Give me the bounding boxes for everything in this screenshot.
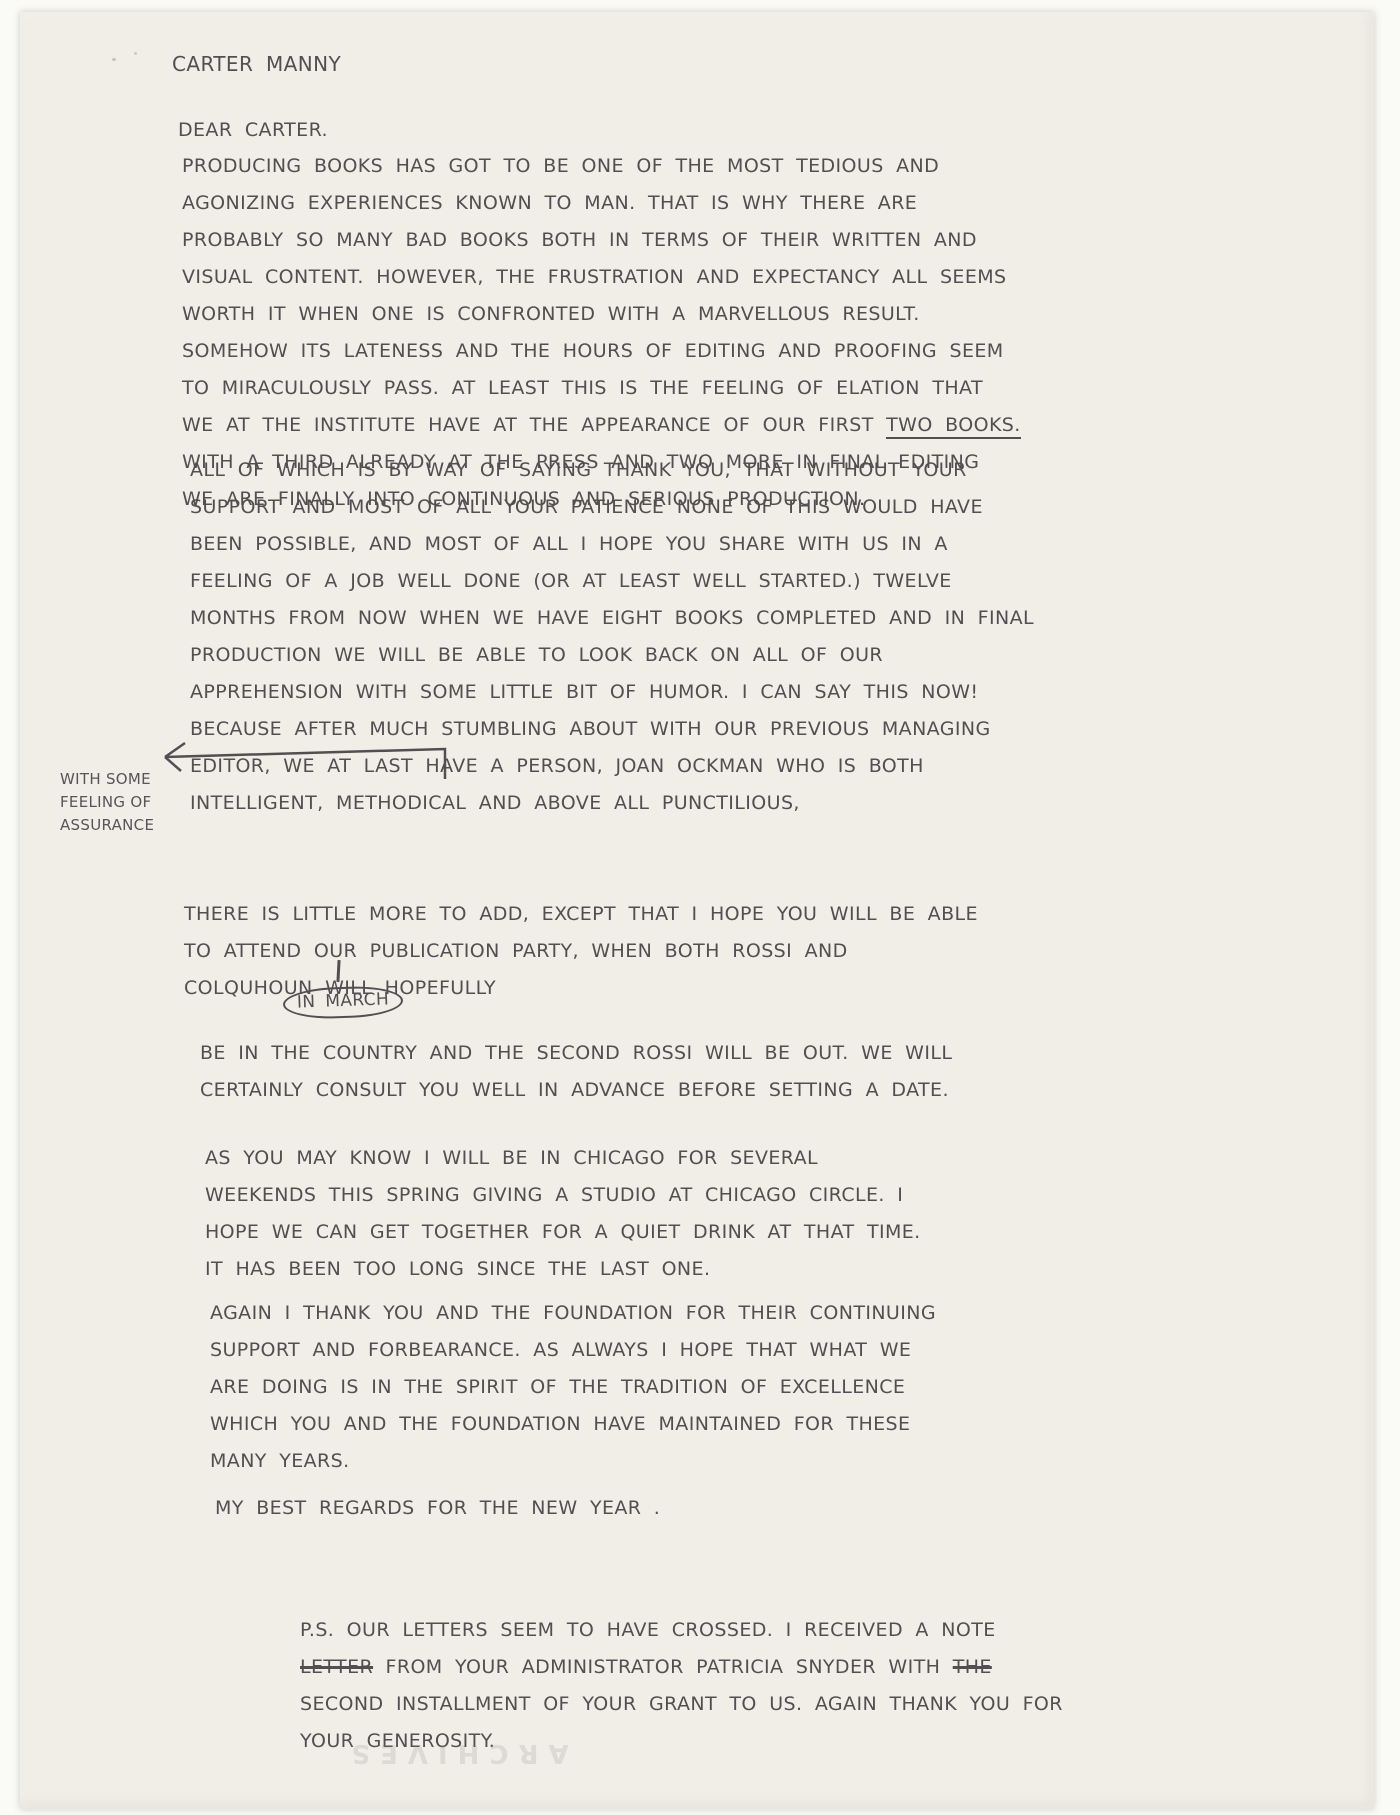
insertion-line: IN MARCH bbox=[283, 982, 403, 1019]
scanned-letter-page: CARTER MANNY DEAR CARTER. PRODUCING BOOK… bbox=[0, 0, 1400, 1815]
paragraph-6: AGAIN I THANK YOU AND THE FOUNDATION FOR… bbox=[210, 1295, 955, 1480]
underlined-two-books: TWO BOOKS. bbox=[886, 414, 1021, 439]
postscript-struck-word: LETTER bbox=[300, 1656, 373, 1678]
recipient-header: CARTER MANNY bbox=[172, 46, 341, 83]
postscript-text-b: FROM YOUR ADMINISTRATOR PATRICIA SNYDER … bbox=[373, 1656, 953, 1678]
salutation: DEAR CARTER. bbox=[178, 112, 328, 149]
archive-stamp-showthrough: ARCHIVES bbox=[330, 1738, 580, 1768]
paragraph-5: AS YOU MAY KNOW I WILL BE IN CHICAGO FOR… bbox=[205, 1140, 940, 1288]
paper-speck bbox=[134, 52, 137, 55]
postscript-struck-the: THE bbox=[953, 1656, 992, 1678]
paragraph-1-text-a: PRODUCING BOOKS HAS GOT TO BE ONE OF THE… bbox=[182, 155, 1007, 436]
paragraph-4: BE IN THE COUNTRY AND THE SECOND ROSSI W… bbox=[200, 1035, 1000, 1109]
margin-arrow-icon bbox=[145, 735, 465, 790]
paper-speck bbox=[112, 58, 116, 61]
insertion-in-march: IN MARCH bbox=[282, 985, 403, 1020]
postscript-text-a: P.S. OUR LETTERS SEEM TO HAVE CROSSED. I… bbox=[300, 1619, 996, 1641]
closing-line: MY BEST REGARDS FOR THE NEW YEAR . bbox=[215, 1490, 975, 1527]
